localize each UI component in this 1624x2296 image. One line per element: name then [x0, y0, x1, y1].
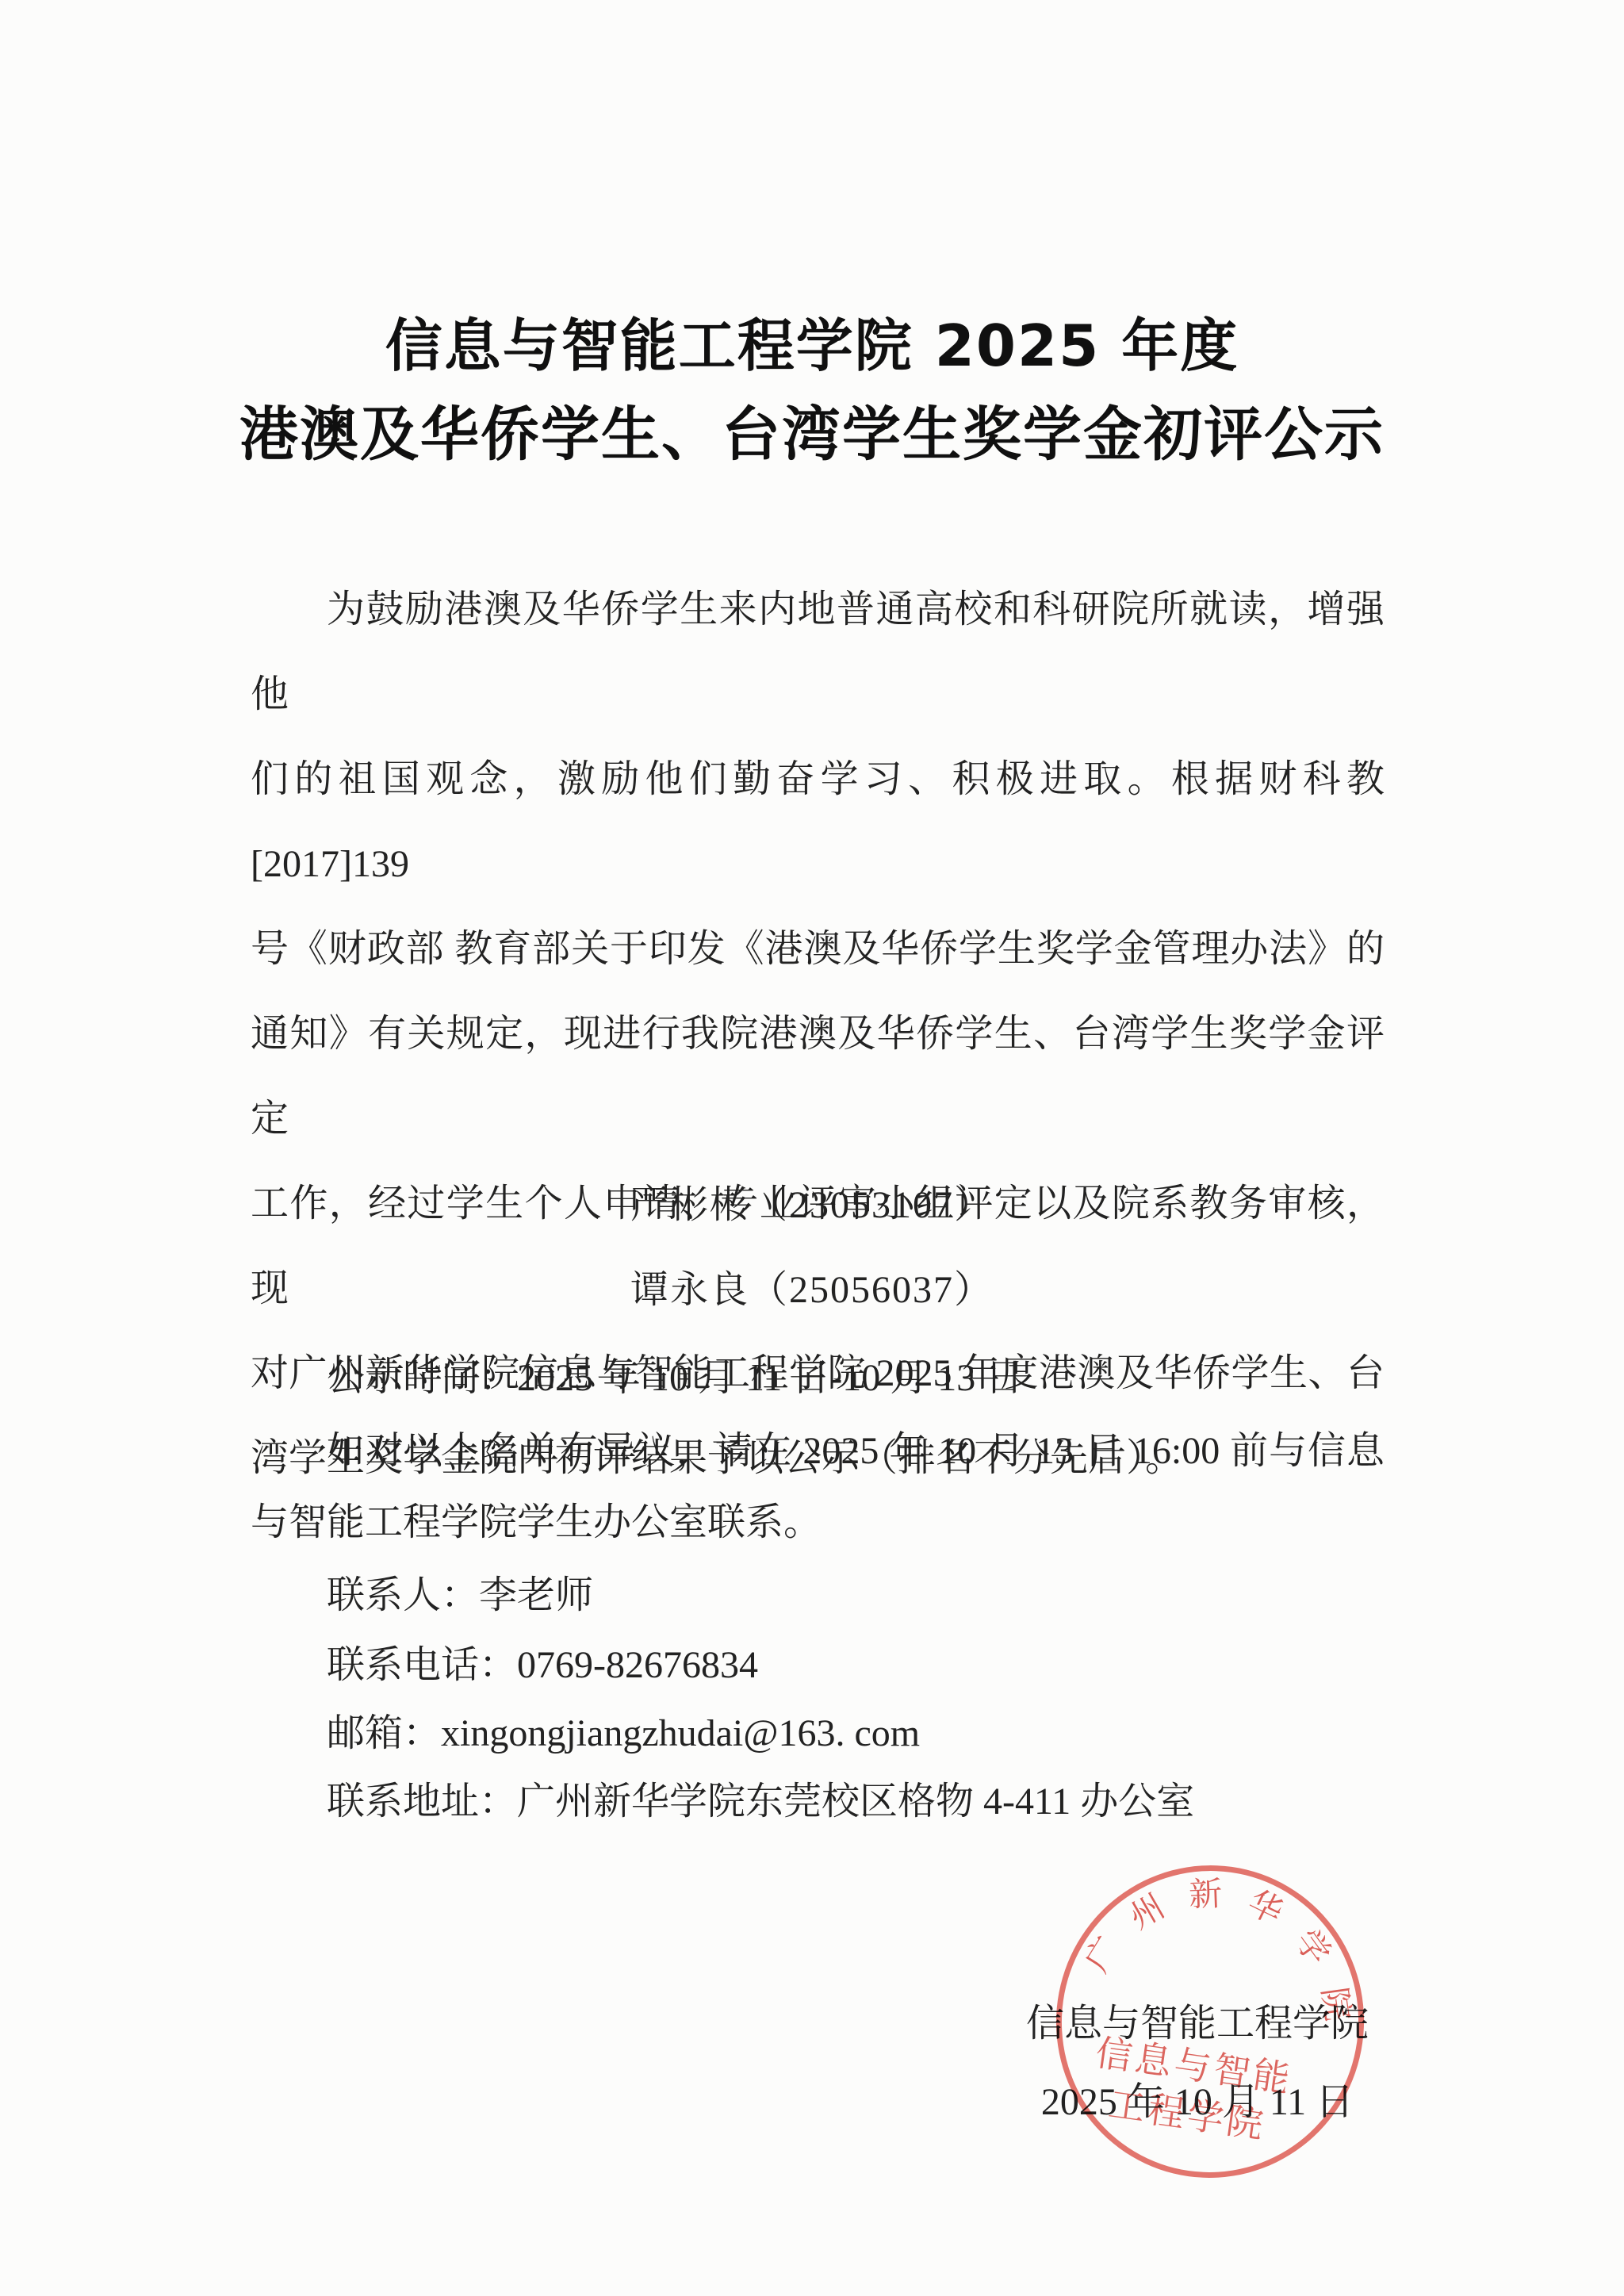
contact-address-line: 联系地址：广州新华学院东莞校区格物 4-411 办公室 [251, 1764, 1385, 1840]
notice-title-line1: 信息与智能工程学院 2025 年度 [0, 310, 1624, 381]
official-seal-stamp: 广 州 新 华 学 院 信息与智能 工程学院 [1036, 1846, 1384, 2198]
contact-person-line: 联系人：李老师 [251, 1558, 1385, 1634]
candidate-name: 谭永良（25056037） [0, 1248, 1624, 1332]
candidate-name-list: 严彬彬（23053107） 谭永良（25056037） [0, 1163, 1624, 1332]
publicity-period-line: 公示时间：2025 年 10 月 11 日-10 月 13 日 [251, 1340, 1385, 1416]
contact-phone-line: 联系电话：0769-82676834 [251, 1627, 1385, 1704]
seal-arc-character: 院 [1317, 1985, 1354, 2022]
paragraph-line: 通知》有关规定，现进行我院港澳及华侨学生、台湾学生奖学金评定 [251, 991, 1385, 1161]
paragraph-line: 为鼓励港澳及华侨学生来内地普通高校和科研院所就读，增强他 [251, 567, 1385, 737]
paragraph-line: 们的祖国观念，激励他们勤奋学习、积极进取。根据财科教[2017]139 [251, 737, 1385, 907]
objection-line-2: 与智能工程学院学生办公室联系。 [251, 1485, 1385, 1561]
seal-arc-character: 新 [1189, 1877, 1223, 1911]
notice-title-line2: 港澳及华侨学生、台湾学生奖学金初评公示 [0, 397, 1624, 473]
candidate-name: 严彬彬（23053107） [0, 1163, 1624, 1248]
scanned-notice-document: 信息与智能工程学院 2025 年度 港澳及华侨学生、台湾学生奖学金初评公示 为鼓… [0, 0, 1624, 2296]
objection-line-1: 如对以上名单有异议，请在 2025 年 10 月 13 日 16:00 前与信息 [251, 1413, 1385, 1489]
paragraph-line: 号《财政部 教育部关于印发《港澳及华侨学生奖学金管理办法》的 [251, 907, 1385, 991]
contact-email-line: 邮箱：xingongjiangzhudai@163. com [251, 1696, 1385, 1772]
